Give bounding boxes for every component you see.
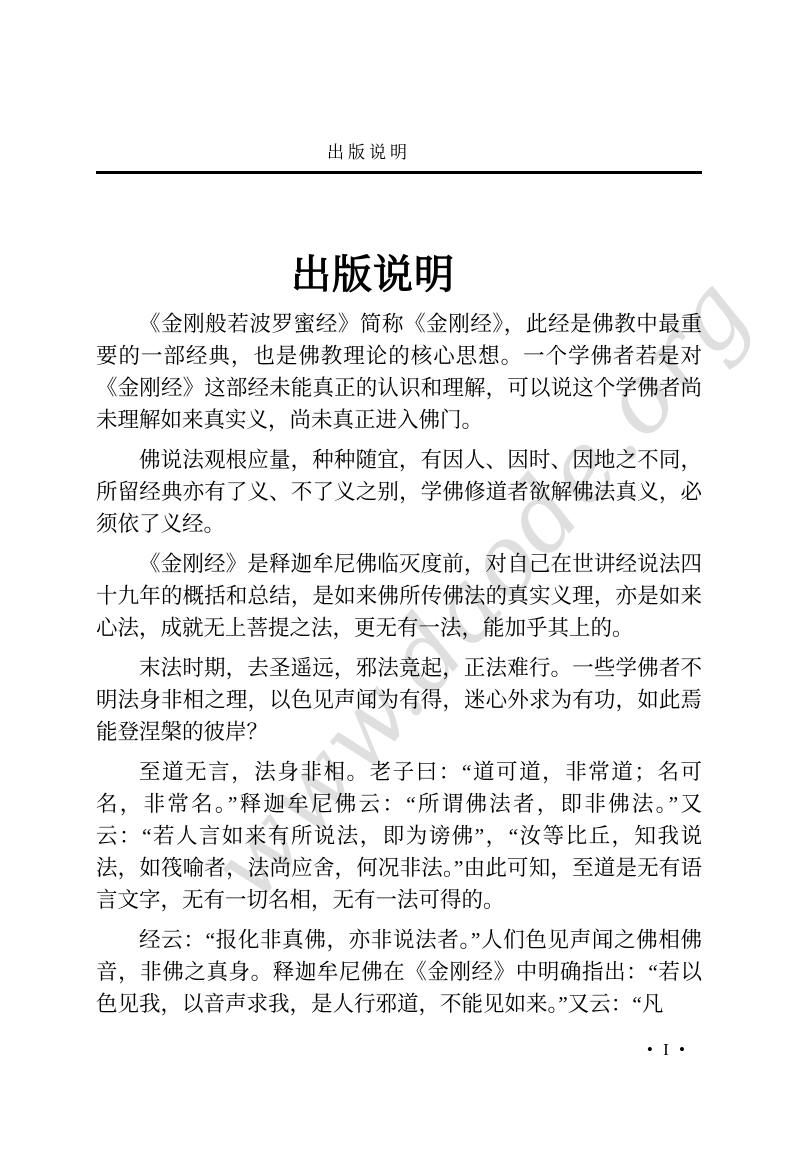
paragraph-5: 至道无言，法身非相。老子曰：“道可道，非常道；名可名，非常名。”释迦牟尼佛云：“… bbox=[96, 756, 702, 916]
paragraph-6: 经云：“报化非真佛，亦非说法者。”人们色见声闻之佛相佛音，非佛之真身。释迦牟尼佛… bbox=[96, 924, 702, 1020]
scanned-book-page: www.daode.org 出版说明 出版说明 《金刚般若波罗蜜经》简称《金刚经… bbox=[0, 0, 794, 1149]
body-text-block: 《金刚般若波罗蜜经》简称《金刚经》，此经是佛教中最重要的一部经典，也是佛教理论的… bbox=[96, 308, 702, 1028]
paragraph-4: 末法时期，去圣遥远，邪法竞起，正法难行。一些学佛者不明法身非相之理，以色见声闻为… bbox=[96, 652, 702, 748]
running-header: 出版说明 bbox=[66, 138, 672, 163]
paragraph-3: 《金刚经》是释迦牟尼佛临灭度前，对自己在世讲经说法四十九年的概括和总结，是如来佛… bbox=[96, 548, 702, 644]
paragraph-1: 《金刚般若波罗蜜经》简称《金刚经》，此经是佛教中最重要的一部经典，也是佛教理论的… bbox=[96, 308, 702, 436]
paragraph-2: 佛说法观根应量，种种随宜，有因人、因时、因地之不同，所留经典亦有了义、不了义之别… bbox=[96, 444, 702, 540]
header-rule-divider bbox=[96, 171, 702, 174]
page-title: 出版说明 bbox=[70, 243, 676, 300]
page-number: • I • bbox=[647, 1040, 688, 1060]
